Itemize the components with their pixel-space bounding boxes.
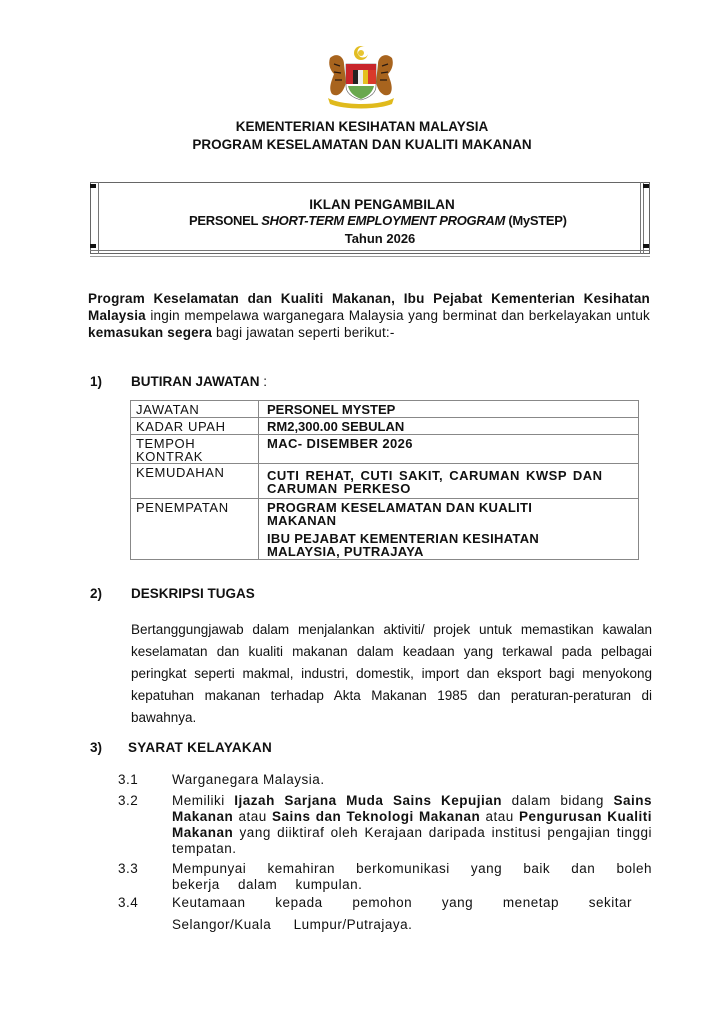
row-value-line: PROGRAM KESELAMATAN DAN KUALITI MAKANAN <box>267 501 598 527</box>
job-details-table: JAWATANPERSONEL MYSTEPKADAR UPAHRM2,300.… <box>130 400 639 560</box>
requirement-fragment: Mempunyai kemahiran berkomunikasi yang b… <box>172 861 652 892</box>
requirement-emphasis: Sains dan Teknologi Makanan <box>272 809 480 824</box>
intro-bold-segera: kemasukan segera <box>88 325 212 340</box>
row-label: TEMPOH KONTRAK <box>131 435 259 464</box>
row-value: RM2,300.00 SEBULAN <box>259 418 639 435</box>
row-value-line: PERSONEL MYSTEP <box>267 403 638 416</box>
section1-colon: : <box>260 374 268 389</box>
row-value-line: IBU PEJABAT KEMENTERIAN KESIHATAN MALAYS… <box>267 532 598 558</box>
row-value-line: RM2,300.00 SEBULAN <box>267 420 638 433</box>
requirement-fragment: Memiliki <box>172 793 234 808</box>
table-row: PENEMPATANPROGRAM KESELAMATAN DAN KUALIT… <box>131 499 639 560</box>
requirement-fragment: Keutamaan kepada pemohon yang menetap se… <box>172 895 632 932</box>
section1-title: BUTIRAN JAWATAN <box>131 374 260 389</box>
title-iklan: IKLAN PENGAMBILAN <box>102 197 662 212</box>
intro-text1: ingin mempelawa warganegara Malaysia yan… <box>146 308 650 323</box>
table-row: TEMPOH KONTRAKMAC- DISEMBER 2026 <box>131 435 639 464</box>
ministry-name: KEMENTERIAN KESIHATAN MALAYSIA <box>0 119 724 134</box>
row-value-line: CUTI REHAT, CUTI SAKIT, CARUMAN KWSP DAN… <box>267 469 638 495</box>
requirement-emphasis: Ijazah Sarjana Muda Sains Kepujian <box>234 793 502 808</box>
task-description: Bertanggungjawab dalam menjalankan aktiv… <box>131 619 652 729</box>
requirement-number: 3.1 <box>118 772 138 788</box>
row-value: CUTI REHAT, CUTI SAKIT, CARUMAN KWSP DAN… <box>259 464 639 499</box>
row-value: MAC- DISEMBER 2026 <box>259 435 639 464</box>
section2-number: 2) <box>90 586 102 601</box>
row-label: PENEMPATAN <box>131 499 259 560</box>
row-value: PROGRAM KESELAMATAN DAN KUALITI MAKANANI… <box>259 499 639 560</box>
section1-number: 1) <box>90 374 102 389</box>
row-value: PERSONEL MYSTEP <box>259 401 639 418</box>
requirement-number: 3.3 <box>118 861 138 877</box>
row-label: JAWATAN <box>131 401 259 418</box>
row-value-line: MAC- DISEMBER 2026 <box>267 437 638 450</box>
requirement-text: Memiliki Ijazah Sarjana Muda Sains Kepuj… <box>172 793 652 857</box>
title-personel-prefix: PERSONEL <box>189 213 261 228</box>
section3-title: SYARAT KELAYAKAN <box>128 740 272 755</box>
requirement-number: 3.4 <box>118 895 138 911</box>
requirement-fragment: atau <box>233 809 272 824</box>
program-name: PROGRAM KESELAMATAN DAN KUALITI MAKANAN <box>0 137 724 152</box>
table-row: KEMUDAHANCUTI REHAT, CUTI SAKIT, CARUMAN… <box>131 464 639 499</box>
section3-number: 3) <box>90 740 102 755</box>
requirement-fragment: dalam bidang <box>502 793 613 808</box>
title-personel-suffix: (MySTEP) <box>505 213 567 228</box>
table-row: KADAR UPAHRM2,300.00 SEBULAN <box>131 418 639 435</box>
requirement-fragment: Warganegara Malaysia. <box>172 772 325 787</box>
row-label: KADAR UPAH <box>131 418 259 435</box>
intro-paragraph: Program Keselamatan dan Kualiti Makanan,… <box>88 290 650 341</box>
requirement-text: Warganegara Malaysia. <box>172 772 652 788</box>
requirement-fragment: atau <box>480 809 519 824</box>
table-row: JAWATANPERSONEL MYSTEP <box>131 401 639 418</box>
section2-title: DESKRIPSI TUGAS <box>131 586 255 601</box>
title-personel: PERSONEL SHORT-TERM EMPLOYMENT PROGRAM (… <box>189 213 567 228</box>
requirement-number: 3.2 <box>118 793 138 809</box>
section1-heading: BUTIRAN JAWATAN : <box>131 374 267 389</box>
intro-text2: bagi jawatan seperti berikut:- <box>212 325 395 340</box>
requirement-fragment: yang diiktiraf oleh Kerajaan daripada in… <box>172 825 652 856</box>
malaysia-coat-of-arms-icon <box>322 44 400 110</box>
title-program-italic: SHORT-TERM EMPLOYMENT PROGRAM <box>261 213 505 228</box>
requirement-text: Keutamaan kepada pemohon yang menetap se… <box>172 892 632 936</box>
requirement-text: Mempunyai kemahiran berkomunikasi yang b… <box>172 861 652 893</box>
row-label: KEMUDAHAN <box>131 464 259 499</box>
title-year: Tahun 2026 <box>100 231 660 246</box>
